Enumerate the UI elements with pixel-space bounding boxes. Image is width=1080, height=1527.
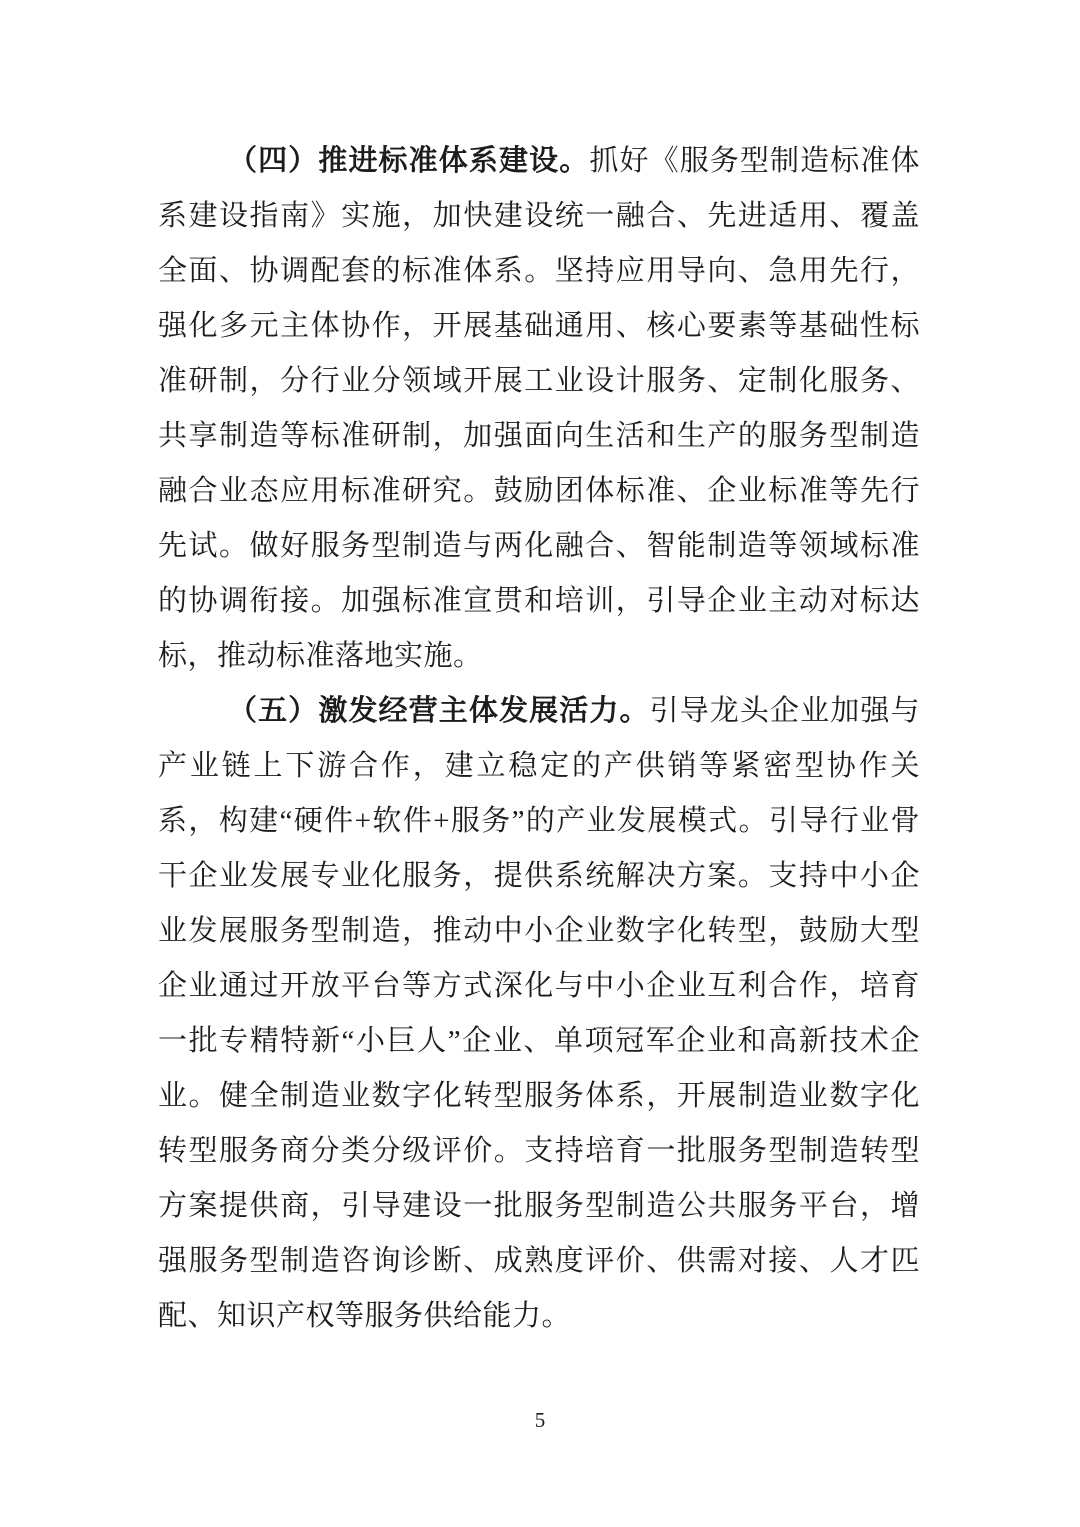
paragraph-section-5: （五）激发经营主体发展活力。引导龙头企业加强与产业链上下游合作，建立稳定的产供销… bbox=[158, 684, 920, 1344]
paragraph-section-4-body: 抓好《服务型制造标准体系建设指南》实施，加快建设统一融合、先进适用、覆盖全面、协… bbox=[158, 145, 920, 672]
paragraph-section-4: （四）推进标准体系建设。抓好《服务型制造标准体系建设指南》实施，加快建设统一融合… bbox=[158, 134, 920, 684]
paragraph-section-4-heading: （四）推进标准体系建设。 bbox=[228, 145, 589, 177]
document-page: （四）推进标准体系建设。抓好《服务型制造标准体系建设指南》实施，加快建设统一融合… bbox=[0, 0, 1080, 1527]
paragraph-section-5-body: 引导龙头企业加强与产业链上下游合作，建立稳定的产供销等紧密型协作关系，构建“硬件… bbox=[158, 695, 920, 1332]
paragraph-section-5-heading: （五）激发经营主体发展活力。 bbox=[228, 695, 650, 727]
document-body: （四）推进标准体系建设。抓好《服务型制造标准体系建设指南》实施，加快建设统一融合… bbox=[158, 134, 920, 1344]
page-number: 5 bbox=[0, 1406, 1080, 1434]
